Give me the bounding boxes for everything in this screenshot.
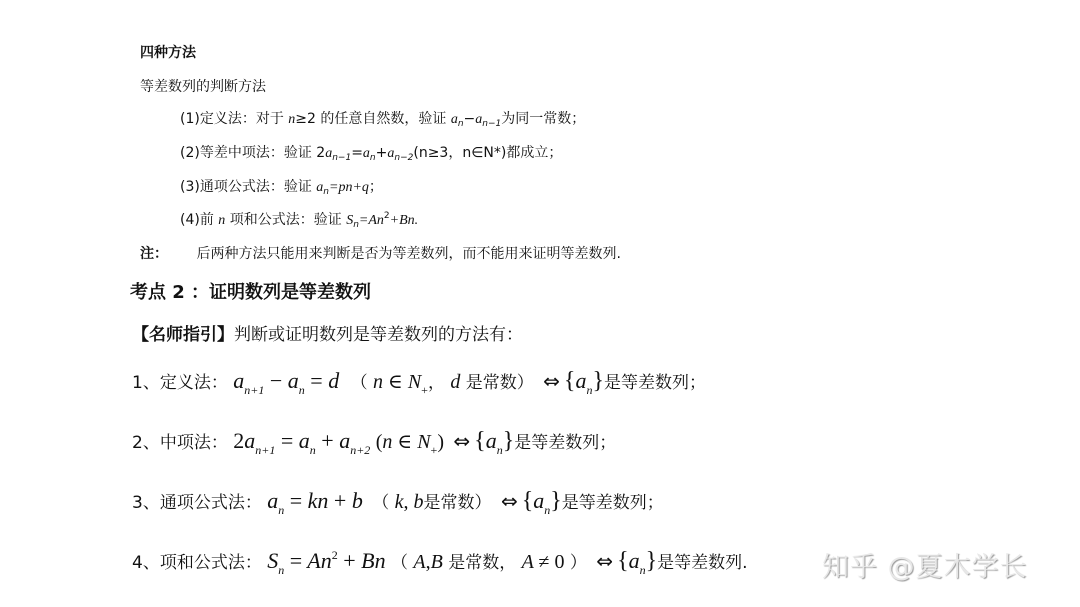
method-4-sum-formula: (4)前 n 项和公式法：验证 Sn=An2+Bn. [180, 209, 418, 230]
proof-method-3: 3、通项公式法： an = kn + b （ k, b是常数） ⇔{an}是等差… [132, 488, 664, 518]
proof-method-4: 4、项和公式法： Sn = An2 + Bn （ A,B 是常数， A ≠ 0 … [132, 548, 748, 578]
method-1-definition: (1)定义法：对于 n≥2 的任意自然数，验证 an−an−1为同一常数； [180, 108, 585, 129]
equivalence-icon: ⇔ [596, 549, 613, 573]
equivalence-icon: ⇔ [543, 369, 560, 393]
proof-method-2: 2、中项法： 2an+1 = an + an+2 (n ∈ N+) ⇔{an}是… [132, 428, 616, 458]
method-2-middle-term: (2)等差中项法：验证 2an−1=an+an−2(n≥3，n∈N*)都成立； [180, 142, 562, 163]
section-title: 四种方法 [140, 42, 196, 62]
note-label: 注： [140, 246, 168, 262]
guide-text: 判断或证明数列是等差数列的方法有： [234, 325, 523, 345]
teacher-guide: 【名师指引】判断或证明数列是等差数列的方法有： [132, 320, 523, 345]
equivalence-icon: ⇔ [453, 429, 470, 453]
exam-point-title: 考点 2 ：证明数列是等差数列 [130, 278, 371, 304]
section-subtitle: 等差数列的判断方法 [140, 76, 266, 96]
note: 注： 后两种方法只能用来判断是否为等差数列，而不能用来证明等差数列. [140, 243, 621, 263]
zhihu-watermark: 知乎 @夏木学长 [822, 545, 1028, 584]
method-3-general-term: (3)通项公式法：验证 an=pn+q； [180, 176, 383, 197]
proof-method-1: 1、定义法： an+1 − an = d （ n ∈ N+， d 是常数） ⇔{… [132, 368, 706, 398]
equivalence-icon: ⇔ [501, 489, 518, 513]
guide-label: 【名师指引】 [132, 325, 234, 345]
note-text: 后两种方法只能用来判断是否为等差数列，而不能用来证明等差数列. [196, 246, 620, 262]
